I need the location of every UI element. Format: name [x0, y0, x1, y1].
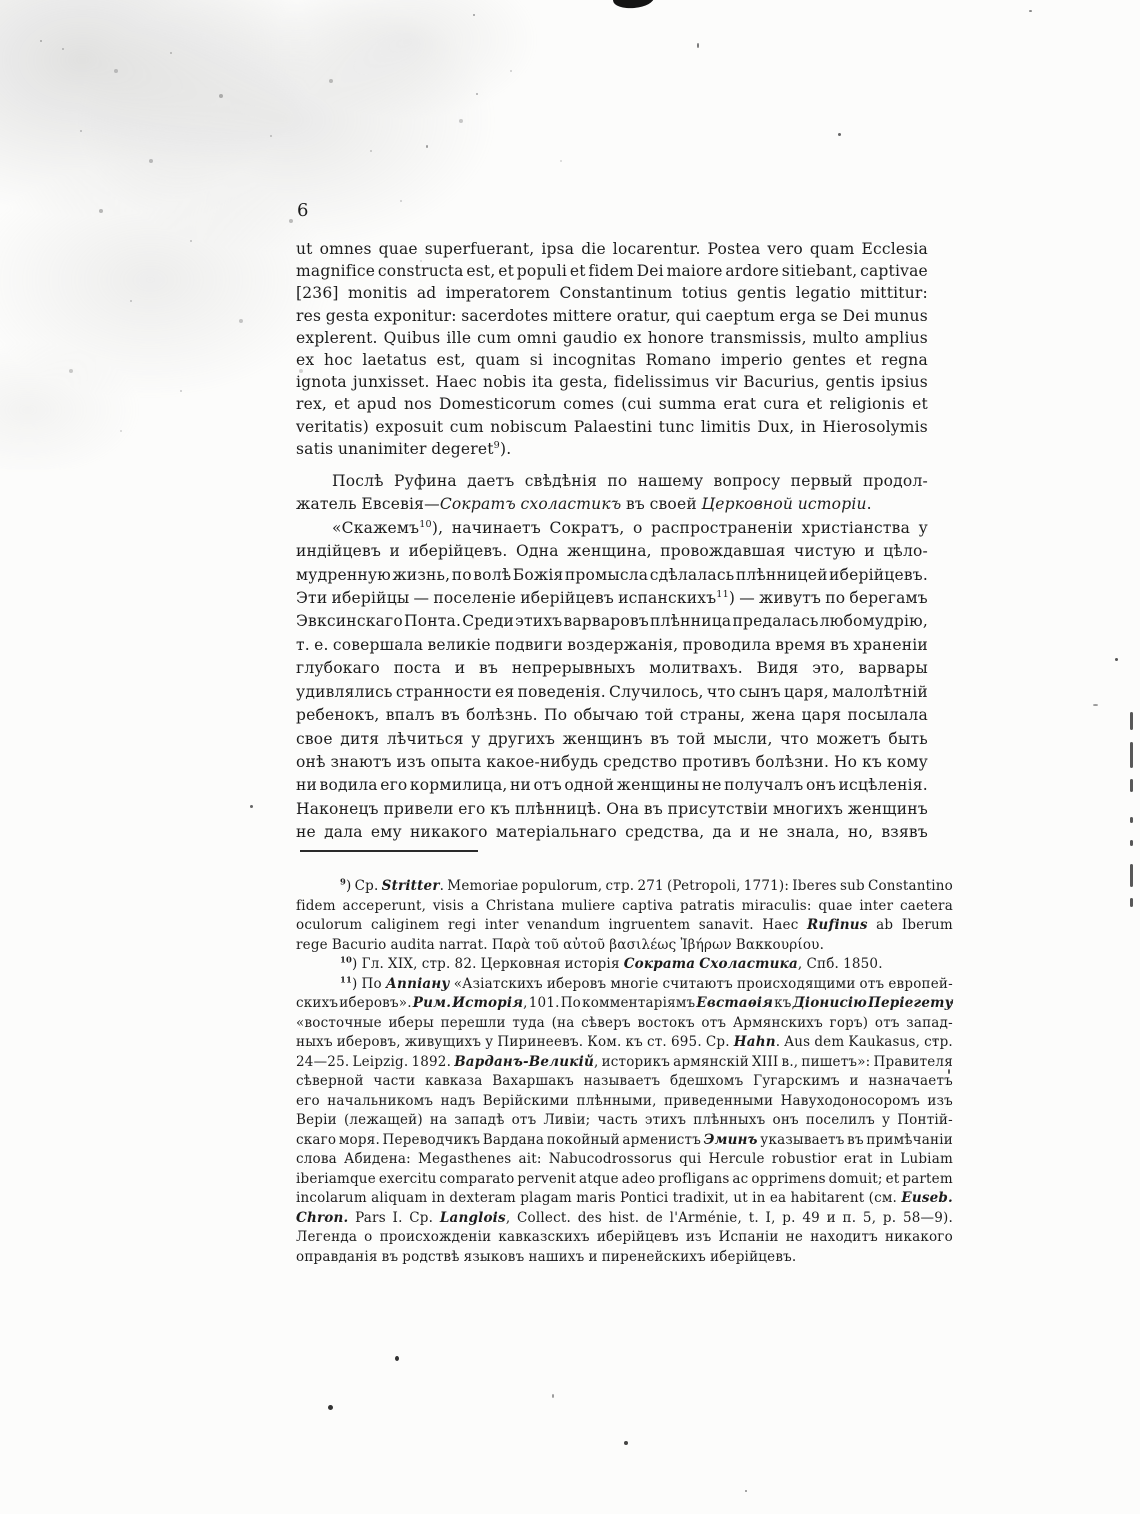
scan-stain-speckles [40, 40, 42, 42]
text-line: Этииберійцы—поселеніеиберійцевъиспанских… [296, 587, 928, 610]
socrates-quote-paragraph: «Скажемъ10),начинаетъСократъ,ораспростра… [296, 517, 928, 845]
text-line: regeBacurioauditanarrat.Παρὰτοῦαὐτοῦβασι… [296, 936, 953, 956]
text-line: resgestaexponitur:sacerdotesmittereoratu… [296, 305, 928, 327]
text-line: 9)Ср.Stritter.Memoriaepopulorum,стр.271(… [296, 877, 953, 897]
text-line: incolarumaliquamindexteramplagammarisPon… [296, 1189, 953, 1209]
scan-speck [1029, 10, 1032, 12]
text-line: мудреннуюжизнь,поволѣБожіяпромысласдѣлал… [296, 564, 928, 587]
page-edge-mark [1130, 864, 1133, 887]
text-line: егоначальникомънадъВерійскимиплѣнными,пр… [296, 1092, 953, 1112]
text-line: оправданіявъродствѣязыковънашихъипиреней… [296, 1248, 953, 1268]
text-line: Наконецъпривелиегокъплѣнницѣ.Онавъприсут… [296, 798, 928, 821]
page-edge-mark [1130, 742, 1133, 768]
scan-speck [476, 93, 478, 95]
scan-speck [838, 133, 841, 136]
text-line: Легендаопроисхожденіикавказскихъиберійце… [296, 1228, 953, 1248]
page-edge-mark [1130, 840, 1133, 846]
text-line: ниводилаегокормилица,ниотъоднойженщиныне… [296, 774, 928, 797]
scan-speck [250, 805, 253, 808]
footnote-10: 10)Гл.XIX,стр.82.ЦерковнаяисторіяСократа… [296, 955, 953, 975]
page-number: 6 [297, 200, 309, 221]
text-line: rex,etapudnosDomesticorumcomes(cuisummae… [296, 393, 928, 415]
page-edge-mark [1130, 817, 1133, 823]
scanned-page: 6 utomnesquaesuperfuerant,ipsadielocaren… [0, 0, 1140, 1514]
text-line: онѣзнаютъизъопытакакое-нибудьсредствопро… [296, 751, 928, 774]
text-line: скихъиберовъ».Рим.Исторія,101.Покоммента… [296, 994, 953, 1014]
main-text-block: utomnesquaesuperfuerant,ipsadielocarentu… [296, 238, 928, 845]
scan-speck [697, 43, 699, 48]
text-line: своедитялѣчитьсяудругихъженщинъвътоймысл… [296, 728, 928, 751]
text-line: 24—25.Leipzig.1892.Варданъ-Великій,истор… [296, 1053, 953, 1073]
scan-speck [473, 14, 475, 16]
text-line: скагоморя.ПереводчикъВарданапокойныйарме… [296, 1131, 953, 1151]
text-line: удивлялисьстранностиеяповеденія.Случилос… [296, 681, 928, 704]
footnote-separator-rule [300, 850, 478, 852]
text-line: недалаемуникакогоматеріальнагосредства,д… [296, 821, 928, 844]
text-line: explerent.Quibusillecumomnigaudioexhonor… [296, 327, 928, 349]
text-line: Chron.ParsI.Ср.Langlois,Collect.deshist.… [296, 1209, 953, 1229]
latin-quotation-paragraph: utomnesquaesuperfuerant,ipsadielocarentu… [296, 238, 928, 460]
page-edge-mark [1130, 779, 1133, 792]
scan-speck [745, 1490, 747, 1492]
scan-speck [328, 1405, 333, 1410]
text-line: индійцевъииберійцевъ.Однаженщина,провожд… [296, 540, 928, 563]
text-line: oculorumcaliginemregiintervenandumingrue… [296, 916, 953, 936]
text-line: satisunanimiterdegeret9). [296, 438, 928, 460]
text-line: [236]monitisadimperatoremConstantinumtot… [296, 282, 928, 304]
text-line: iberiamqueexercitucomparatopervenitatque… [296, 1170, 953, 1190]
text-line: exhoclaetatusest,quamsiincognitasRomanoi… [296, 349, 928, 371]
text-line: жательЕвсевія—СократъсхоластикъвъсвоейЦе… [296, 493, 928, 516]
text-line: veritatis)exposuitcumnobiscumPalaestinit… [296, 416, 928, 438]
footnote-9: 9)Ср.Stritter.Memoriaepopulorum,стр.271(… [296, 877, 953, 955]
scan-speck [624, 1441, 628, 1445]
text-line: magnificeconstructaest,etpopulietfidemDe… [296, 260, 928, 282]
text-line: ПослѣРуфинадаетъсвѣдѣніяпонашемувопросуп… [296, 470, 928, 493]
text-line: глубокагопостаивънепрерывныхъмолитвахъ.В… [296, 657, 928, 680]
text-line: ныхъиберовъ,живущихъуПиринеевъ.Ком.къст.… [296, 1033, 953, 1053]
page-edge-mark [1130, 712, 1133, 730]
scan-speck [426, 145, 428, 148]
text-line: «Скажемъ10),начинаетъСократъ,ораспростра… [296, 517, 928, 540]
page-edge-mark [1130, 898, 1133, 907]
footnote-11: 11)ПоАппіану«Азіатскихъиберовъмногіесчит… [296, 975, 953, 1268]
text-line: utomnesquaesuperfuerant,ipsadielocarentu… [296, 238, 928, 260]
scan-speck [1093, 704, 1098, 706]
text-line: 10)Гл.XIX,стр.82.ЦерковнаяисторіяСократа… [296, 955, 953, 975]
text-line: ЭвксинскагоПонта.Средиэтихъварваровъплѣн… [296, 610, 928, 633]
scan-speck [1115, 658, 1118, 661]
intro-paragraph: ПослѣРуфинадаетъсвѣдѣніяпонашемувопросуп… [296, 470, 928, 517]
text-line: «восточныеиберыперешлитуда(насѣверъвосто… [296, 1014, 953, 1034]
text-line: ребенокъ,впалъвъболѣзнь.Пообычаютойстран… [296, 704, 928, 727]
text-line: т.е.совершалавеликіеподвигивоздержанія,п… [296, 634, 928, 657]
scan-speck [395, 1356, 399, 1361]
text-line: сѣвернойчастикавказаВахаршакъназываетъбд… [296, 1072, 953, 1092]
text-line: ignotajunxisset.Haecnobisitagesta,fideli… [296, 371, 928, 393]
text-line: fidemacceperunt,visisaChristanamuliereca… [296, 897, 953, 917]
text-line: 11)ПоАппіану«Азіатскихъиберовъмногіесчит… [296, 975, 953, 995]
text-line: словаАбидена:Megasthenesait:Nabucodrosso… [296, 1150, 953, 1170]
text-line: Веріи(лежащей)назападѣотъЛивіи;частьэтих… [296, 1111, 953, 1131]
footnotes-block: 9)Ср.Stritter.Memoriaepopulorum,стр.271(… [296, 877, 953, 1267]
scan-speck [552, 1394, 554, 1398]
